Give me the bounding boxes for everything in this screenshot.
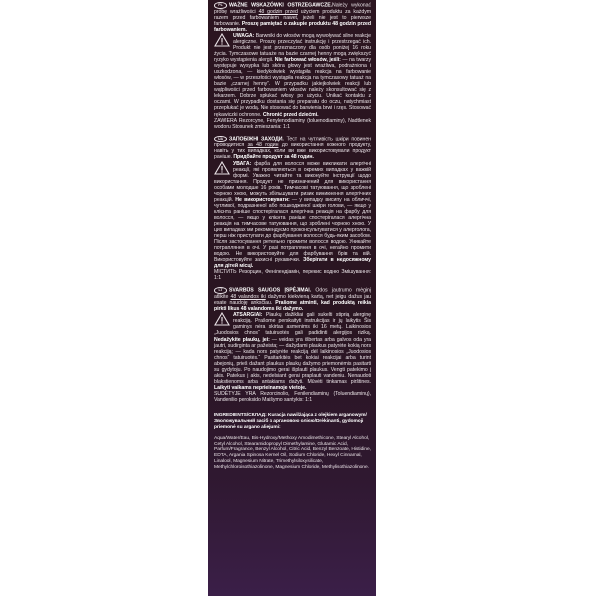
lt-contains: SUDĖTYJE YRA Rezorcinolio, Fenilendiamin… [214,391,371,403]
lt-warning: ATSARGIAI: Plaukų dažikliai gali sukelti… [214,312,371,391]
section-lt: LTSVARBŪS SAUGOS ĮSPĖJIMAI. Odos jautrum… [214,287,371,403]
ingredients-label: INGREDIENTS/СКЛАД: [214,413,267,418]
warning-triangle-icon [214,161,230,175]
language-badge-pl: PL [214,2,227,9]
ua-warn-text2: — у випадку висипу на обличчі, чутливої,… [214,197,371,263]
ua-warning: УВАГА: фарба для волосся може викликати … [214,161,371,270]
ua-contains: МІСТИТЬ Резорцин, Фенілендіамін, перекис… [214,269,371,281]
lt-warn-text2: — veidas yra išbertas arba galvos oda yr… [214,337,371,385]
warning-label-panel: PLWAŻNE WSKAZÓWKI OSTRZEGAWCZE.Należy wy… [208,0,376,596]
ingredients-section: INGREDIENTS/СКЛАД: Kuracja nawilżająca z… [214,413,371,471]
pl-warn-text2: — na twarzy występuje wysypka lub skóra … [214,57,371,117]
language-badge-ua: UA [214,136,227,143]
warning-triangle-icon [214,33,230,47]
warning-triangle-icon [214,312,230,326]
pl-warning: UWAGA: Barwniki do włosów mogą wywoływać… [214,33,371,118]
language-badge-lt: LT [214,287,227,294]
pl-contains: ZAWIERA Rezorcyne, Fenylenodiaminy (tolu… [214,118,371,130]
section-pl: PLWAŻNE WSKAZÓWKI OSTRZEGAWCZE.Należy wy… [214,2,371,130]
section-ua: UAЗАПОБІЖНІ ЗАХОДИ. Тест на чутливість ш… [214,136,371,282]
pl-warn-bold2: Chronić przed dziećmi. [263,112,319,118]
lt-warn-bold2: Laikyti vaikams neprieinamoje vietoje. [214,385,306,391]
ingredients-list: Aqua/Water/Eau, Bis-Hydroxy/Methoxy Amod… [214,436,371,471]
